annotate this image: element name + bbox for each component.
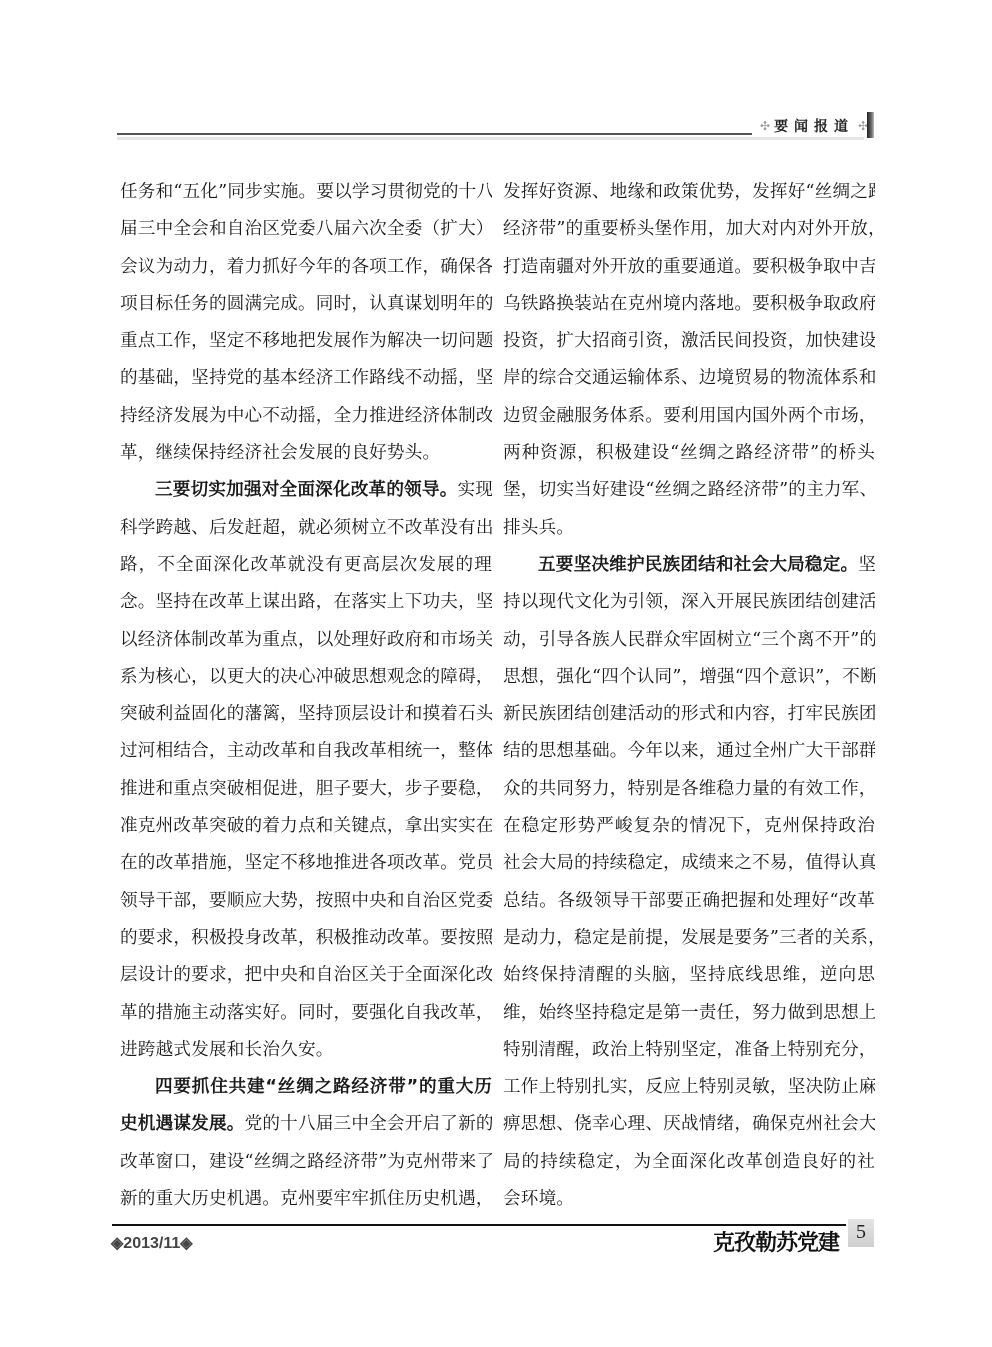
text-line: 过河相结合，主动改革和自我改革相统一，整体 xyxy=(120,733,492,770)
text-line: 总结。各级领导干部要正确把握和处理好“改革 xyxy=(503,883,875,920)
text-line: 在稳定形势严峻复杂的情况下，克州保持政治 xyxy=(503,808,875,845)
text-line: 众的共同努力，特别是各维稳力量的有效工作， xyxy=(503,771,875,808)
paragraph-heading-line: 四要抓住共建“丝绸之路经济带”的重大历 xyxy=(120,1069,492,1106)
text-line: 层设计的要求，把中央和自治区关于全面深化改 xyxy=(120,957,492,994)
text-line: 经济带”的重要桥头堡作用，加大对内对外开放， xyxy=(503,211,875,248)
text-line: 在的改革措施，坚定不移地推进各项改革。党员 xyxy=(120,845,492,882)
text-line: 的要求，积极投身改革，积极推动改革。要按照顶 xyxy=(120,920,492,957)
text-line: 边贸金融服务体系。要利用国内国外两个市场， xyxy=(503,398,875,435)
text-line: 项目标任务的圆满完成。同时，认真谋划明年的 xyxy=(120,286,492,323)
text-line: 的基础，坚持党的基本经济工作路线不动摇，坚 xyxy=(120,360,492,397)
text-line: 革的措施主动落实好。同时，要强化自我改革，促 xyxy=(120,995,492,1032)
section-tag-label: 要闻报道 xyxy=(774,116,854,136)
text-line: 投资，扩大招商引资，激活民间投资，加快建设口 xyxy=(503,323,875,360)
text-line: 结的思想基础。今年以来，通过全州广大干部群 xyxy=(503,733,875,770)
text-line: 突破利益固化的藩篱，坚持顶层设计和摸着石头 xyxy=(120,696,492,733)
text-line: 两种资源，积极建设“丝绸之路经济带”的桥头 xyxy=(503,435,875,472)
text-line: 新的重大历史机遇。克州要牢牢抓住历史机遇， xyxy=(120,1181,492,1218)
text-line: 改革窗口，建设“丝绸之路经济带”为克州带来了 xyxy=(120,1144,492,1181)
header-rule-shadow xyxy=(117,137,864,140)
text-line: 科学跨越、后发赶超，就必须树立不改革没有出 xyxy=(120,510,492,547)
text-line: 会环境。 xyxy=(503,1181,875,1218)
text-line: 新民族团结创建活动的形式和内容，打牢民族团 xyxy=(503,696,875,733)
right-column: 发挥好资源、地缘和政策优势，发挥好“丝绸之路 经济带”的重要桥头堡作用，加大对内… xyxy=(503,174,875,1218)
text-line: 路，不全面深化改革就没有更高层次发展的理 xyxy=(120,547,492,584)
text-line: 思想，强化“四个认同”，增强“四个意识”，不断创 xyxy=(503,659,875,696)
paragraph-heading-line: 三要切实加强对全面深化改革的领导。实现 xyxy=(120,472,492,509)
header-bar xyxy=(867,112,874,138)
paragraph-heading: 三要切实加强对全面深化改革的领导。 xyxy=(155,480,458,500)
text-line: 推进和重点突破相促进，胆子要大，步子要稳，找 xyxy=(120,771,492,808)
text-line: 以经济体制改革为重点，以处理好政府和市场关 xyxy=(120,622,492,659)
text-line: 局的持续稳定，为全面深化改革创造良好的社 xyxy=(503,1144,875,1181)
text-line: 准克州改革突破的着力点和关键点，拿出实实在 xyxy=(120,808,492,845)
text-line: 乌铁路换装站在克州境内落地。要积极争取政府 xyxy=(503,286,875,323)
text-line: 持经济发展为中心不动摇，全力推进经济体制改 xyxy=(120,398,492,435)
text-line: 动，引导各族人民群众牢固树立“三个离不开”的 xyxy=(503,622,875,659)
ornament-icon: ✣ xyxy=(760,119,770,133)
text-line: 发挥好资源、地缘和政策优势，发挥好“丝绸之路 xyxy=(503,174,875,211)
page-number: 5 xyxy=(848,1219,874,1247)
text-line: 工作上特别扎实，反应上特别灵敏，坚决防止麻 xyxy=(503,1069,875,1106)
text-line: 系为核心，以更大的决心冲破思想观念的障碍， xyxy=(120,659,492,696)
text-line: 持以现代文化为引领，深入开展民族团结创建活 xyxy=(503,584,875,621)
text-line: 社会大局的持续稳定，成绩来之不易，值得认真 xyxy=(503,845,875,882)
text-line: 痹思想、侥幸心理、厌战情绪，确保克州社会大 xyxy=(503,1106,875,1143)
section-tag: ✣ 要闻报道 ✣ xyxy=(752,116,876,136)
paragraph-heading-line: 五要坚决维护民族团结和社会大局稳定。坚 xyxy=(503,547,875,584)
text-line: 会议为动力，着力抓好今年的各项工作，确保各 xyxy=(120,249,492,286)
text-line: 排头兵。 xyxy=(503,510,875,547)
text-line: 维，始终坚持稳定是第一责任，努力做到思想上 xyxy=(503,995,875,1032)
text-line: 届三中全会和自治区党委八届六次全委（扩大） xyxy=(120,211,492,248)
text-line: 任务和“五化”同步实施。要以学习贯彻党的十八 xyxy=(120,174,492,211)
text-line: 是动力，稳定是前提，发展是要务”三者的关系， xyxy=(503,920,875,957)
text-line: 特别清醒，政治上特别坚定，准备上特别充分， xyxy=(503,1032,875,1069)
magazine-title: 克孜勒苏党建 xyxy=(713,1226,839,1257)
text-line: 打造南疆对外开放的重要通道。要积极争取中吉 xyxy=(503,249,875,286)
text-line: 念。坚持在改革上谋出路，在落实上下功夫，坚持 xyxy=(120,584,492,621)
paragraph-heading: 史机遇谋发展。 xyxy=(120,1114,245,1134)
text-line: 堡，切实当好建设“丝绸之路经济带”的主力军、 xyxy=(503,472,875,509)
text-line: 岸的综合交通运输体系、边境贸易的物流体系和 xyxy=(503,360,875,397)
paragraph-heading: 四要抓住共建“丝绸之路经济带”的重大历 xyxy=(155,1077,492,1097)
paragraph-heading-line: 史机遇谋发展。党的十八届三中全会开启了新的 xyxy=(120,1106,492,1143)
text-line: 重点工作，坚定不移地把发展作为解决一切问题 xyxy=(120,323,492,360)
text-line: 革，继续保持经济社会发展的良好势头。 xyxy=(120,435,492,472)
left-column: 任务和“五化”同步实施。要以学习贯彻党的十八 届三中全会和自治区党委八届六次全委… xyxy=(120,174,492,1218)
text-line: 领导干部，要顺应大势，按照中央和自治区党委 xyxy=(120,883,492,920)
text-line: 进跨越式发展和长治久安。 xyxy=(120,1032,492,1069)
issue-date: ◈2013/11◈ xyxy=(111,1233,193,1253)
paragraph-heading: 五要坚决维护民族团结和社会大局稳定。 xyxy=(538,555,858,575)
text-line: 始终保持清醒的头脑，坚持底线思维，逆向思 xyxy=(503,957,875,994)
